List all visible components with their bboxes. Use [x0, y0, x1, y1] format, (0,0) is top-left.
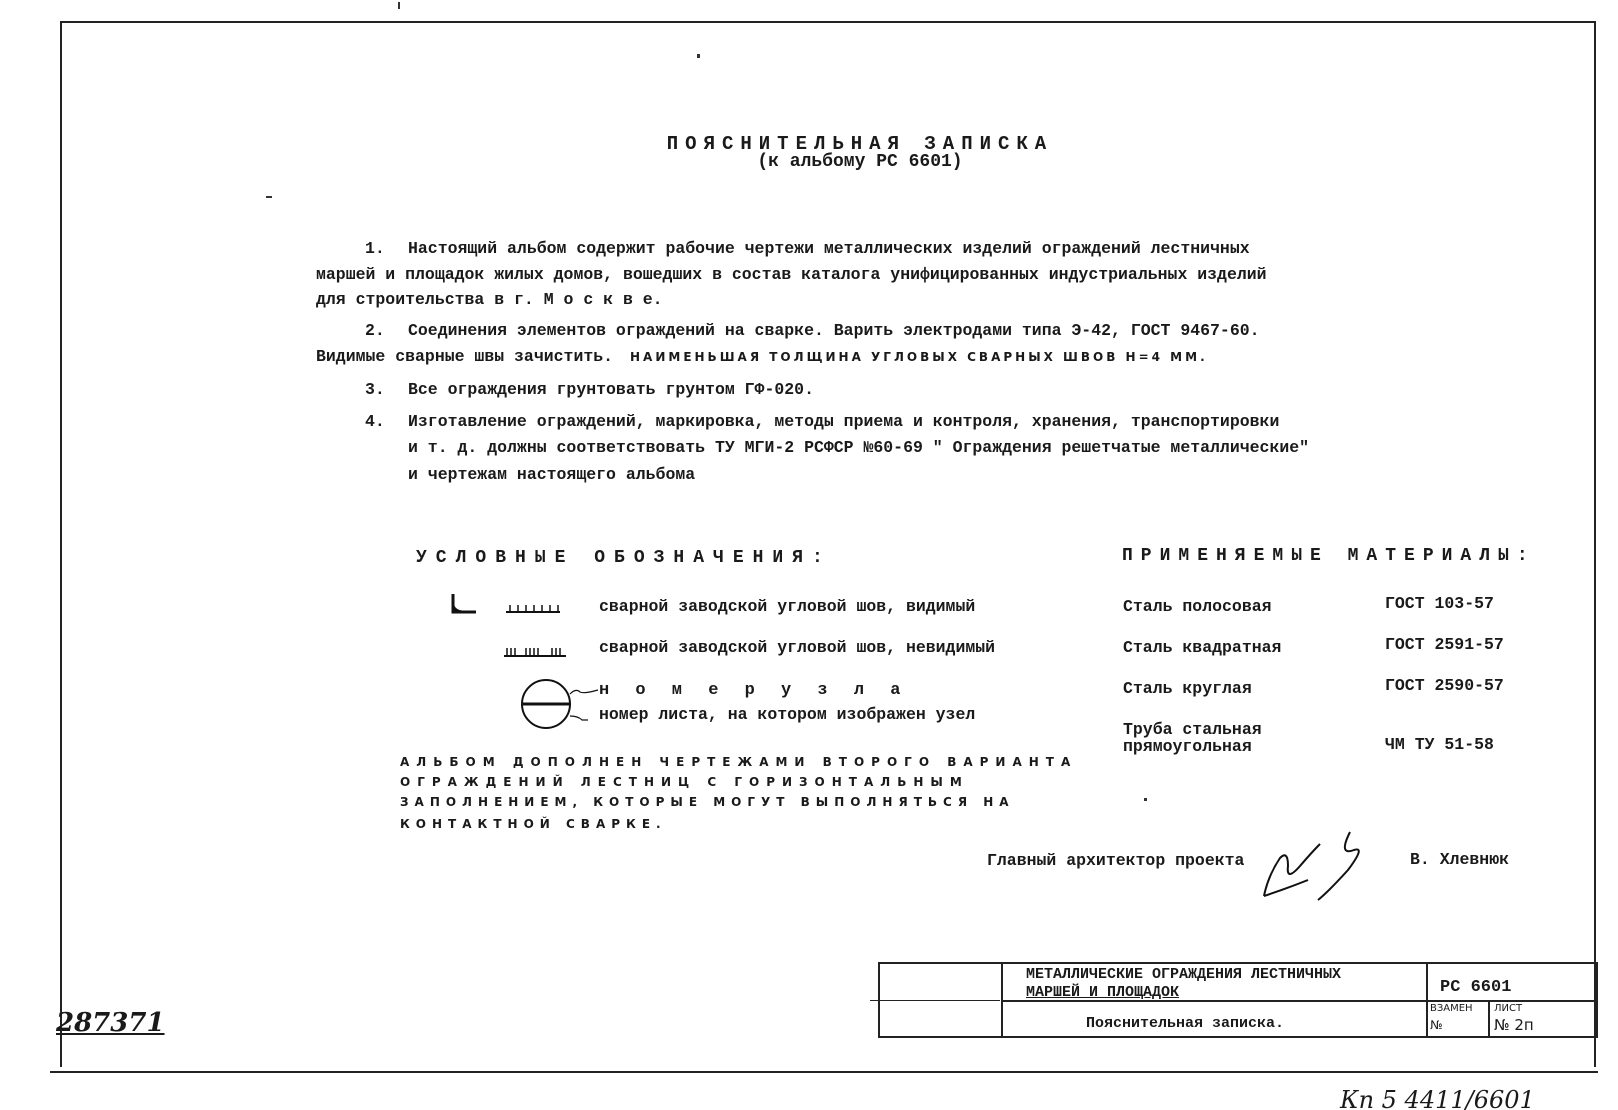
paragraph-4-line-2: и т. д. должны соответствовать ТУ МГИ-2 …	[408, 435, 1309, 461]
material-standard-1: ГОСТ 103-57	[1385, 594, 1494, 613]
paragraph-3-number: 3.	[365, 377, 385, 403]
signature-scribble-icon	[1258, 826, 1398, 902]
material-name-3: Сталь круглая	[1123, 679, 1252, 698]
sheet-name: Пояснительная записка.	[1086, 1015, 1284, 1032]
legend-heading: УСЛОВНЫЕ ОБОЗНАЧЕНИЯ:	[416, 548, 832, 568]
handwritten-note-line-4: контактной сварке.	[400, 817, 667, 831]
handwritten-note-line-3: заполнением, которые могут выполняться н…	[400, 795, 1015, 809]
archive-code: Кп 5 4411/6601	[1340, 1086, 1535, 1110]
sheet-number-label: номер листа, на котором изображен узел	[599, 705, 975, 724]
replaces-number: №	[1430, 1018, 1442, 1032]
node-circle-icon	[518, 676, 608, 732]
inventory-number: 287371	[56, 1008, 165, 1038]
materials-heading: ПРИМЕНЯЕМЫЕ МАТЕРИАЛЫ:	[1122, 546, 1536, 566]
paragraph-1-line-2: маршей и площадок жилых домов, вошедших …	[316, 262, 1267, 288]
title-block-title-line-1: МЕТАЛЛИЧЕСКИЕ ОГРАЖДЕНИЯ ЛЕСТНИЧНЫХ	[1026, 966, 1341, 983]
paragraph-2-handwritten: Наименьшая толщина угловых сварных швов …	[630, 350, 1208, 364]
paragraph-1-line-1: Настоящий альбом содержит рабочие чертеж…	[408, 236, 1250, 262]
title-block-title-line-2: МАРШЕЙ И ПЛОЩАДОК	[1026, 984, 1179, 1001]
paragraph-1-number: 1.	[365, 236, 385, 262]
paragraph-2-number: 2.	[365, 318, 385, 344]
material-standard-2: ГОСТ 2591-57	[1385, 635, 1504, 654]
frame-bottom-line	[50, 1071, 1598, 1073]
paragraph-2-line-1: Соединения элементов ограждений на сварк…	[408, 318, 1260, 344]
paragraph-2-line-2: Видимые сварные швы зачистить.	[316, 344, 613, 370]
replaces-label: ВЗАМЕН	[1430, 1003, 1473, 1014]
material-standard-4: ЧМ ТУ 51-58	[1385, 735, 1494, 754]
legend-item-visible-weld: сварной заводской угловой шов, видимый	[599, 597, 975, 616]
paragraph-4-line-1: Изготавление ограждений, маркировка, мет…	[408, 409, 1279, 435]
sheet-number: № 2п	[1494, 1016, 1534, 1034]
title-block-tick	[870, 1000, 1000, 1001]
scan-mark	[398, 2, 400, 9]
signature-role: Главный архитектор проекта	[987, 851, 1244, 870]
handwritten-note-line-1: Альбом дополнен чертежами второго вариан…	[400, 755, 1077, 769]
page-subtitle: (к альбому РС 6601)	[560, 152, 1160, 172]
scan-dot	[697, 54, 700, 58]
material-standard-3: ГОСТ 2590-57	[1385, 676, 1504, 695]
document-code: РС 6601	[1440, 978, 1511, 997]
handwritten-note-line-2: ограждений лестниц с горизонтальным	[400, 775, 969, 789]
paragraph-1-line-3: для строительства в г. М о с к в е.	[316, 287, 663, 313]
node-number-label: н о м е р у з л а	[599, 681, 908, 700]
hidden-weld-icon	[500, 636, 570, 660]
signature-name: В. Хлевнюк	[1410, 850, 1509, 869]
drawing-frame	[60, 21, 1596, 1067]
scan-dot	[1144, 798, 1147, 801]
sheet-label: ЛИСТ	[1494, 1003, 1522, 1014]
paragraph-4-number: 4.	[365, 409, 385, 435]
material-name-4-line-2: прямоугольная	[1123, 737, 1252, 756]
title-block-divider	[1426, 962, 1428, 1038]
paragraph-3-line-1: Все ограждения грунтовать грунтом ГФ-020…	[408, 377, 814, 403]
legend-item-hidden-weld: сварной заводской угловой шов, невидимый	[599, 638, 995, 657]
visible-weld-icon	[448, 592, 568, 616]
paragraph-4-line-3: и чертежам настоящего альбома	[408, 462, 695, 488]
material-name-1: Сталь полосовая	[1123, 597, 1272, 616]
title-block-divider	[1488, 1000, 1490, 1038]
material-name-2: Сталь квадратная	[1123, 638, 1281, 657]
scan-dash	[266, 196, 272, 198]
